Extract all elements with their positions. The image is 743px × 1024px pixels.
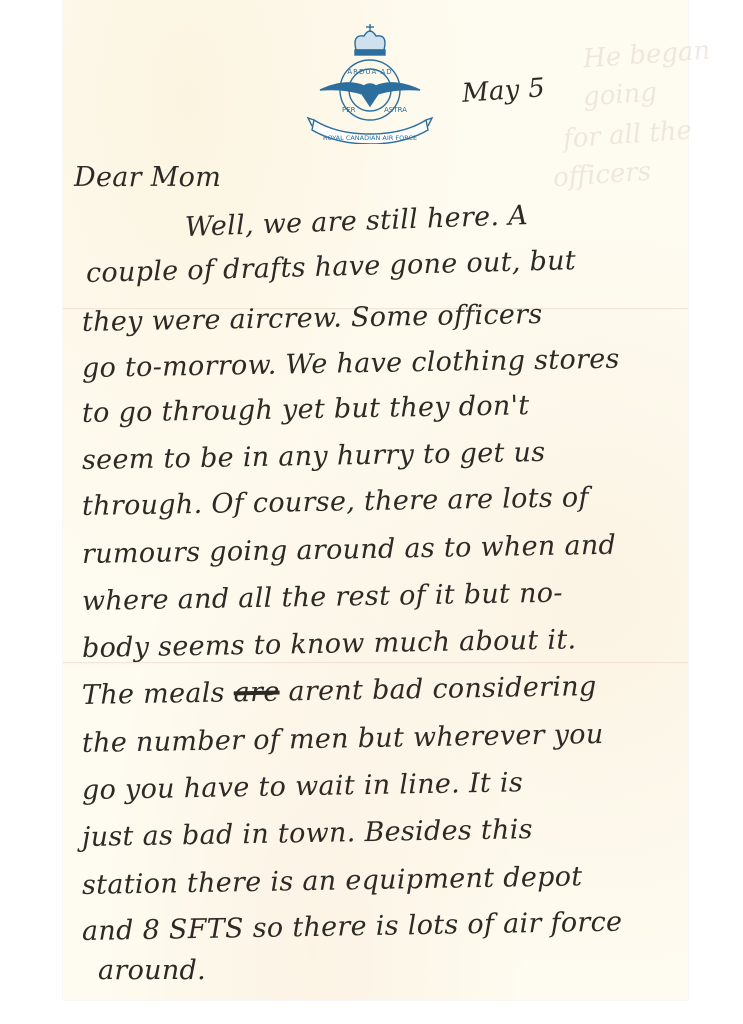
- struck-word: are: [233, 677, 279, 709]
- letter-salutation: Dear Mom: [74, 162, 221, 193]
- letter-line: around.: [98, 955, 206, 986]
- bleed-through-text: for all the: [562, 116, 693, 155]
- letter-date: May 5: [461, 73, 546, 109]
- svg-text:PER: PER: [342, 106, 356, 114]
- bleed-through-text: officers: [552, 157, 652, 194]
- svg-text:ASTRA: ASTRA: [384, 106, 407, 114]
- rcaf-crest-icon: ROYAL CANADIAN AIR FORCE ARDUA AD PER AS…: [306, 22, 434, 144]
- crest-banner-text: ROYAL CANADIAN AIR FORCE: [323, 134, 417, 142]
- bleed-through-text: going: [582, 77, 658, 112]
- bleed-through-text: He began: [582, 36, 711, 75]
- svg-text:ARDUA AD: ARDUA AD: [347, 68, 392, 76]
